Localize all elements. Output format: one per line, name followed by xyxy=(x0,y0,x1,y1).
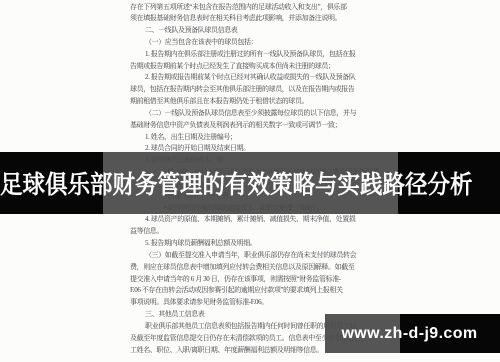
document-line: （一）应当包含在该表中的球员包括： xyxy=(0,37,500,49)
document-line: 二、一线队及预备队球员信息表 xyxy=(0,25,500,37)
scanned-document-page: 存在下列第五项所述“未包含在报告范围内的足球活动收入和支出”，俱乐部须在填报基础… xyxy=(0,0,500,362)
document-line: （三）如截至提交准入申请当年，职业俱乐部仍存在尚未支付的球员转会 xyxy=(0,250,500,262)
document-line: 2. 报告期或报告期前某个时点已经对其确认收益或损失的一线队及预备队 xyxy=(0,72,500,84)
document-line: 告期或报告期前某个时点已经发生了直接购买成本但尚未注册的球员； xyxy=(0,61,500,73)
document-line: 4. 球员资产的原值、本期摊销、累计摊销、减值损失、期末净值、处置损 xyxy=(0,214,500,226)
document-line: 1. 姓名、出生日期及注册编号； xyxy=(0,132,500,144)
document-line: 提交准入申请当年的 6 月 30 日，仍存在该事项，则需按照“财务监管标准- xyxy=(0,274,500,286)
document-line: F.06 不存在由转会活动或因参赛引起的逾期应付款项”的要求填列上报相关 xyxy=(0,285,500,297)
watermark-text: www.zh-d-j9.com xyxy=(325,314,500,353)
document-line: 基础财务信息中资产负债表及利润表列示的相关数字一致或可调节一致； xyxy=(0,120,500,132)
document-line: 益等信息。 xyxy=(0,226,500,238)
document-line: 事项说明。具体要求请参见财务监管标准-F.06。 xyxy=(0,297,500,309)
document-line: 球员，包括在报告期内转会至其他俱乐部注册的球员，以及在报告期内或报告 xyxy=(0,84,500,96)
article-title: 足球俱乐部财务管理的有效策略与实践路径分析 xyxy=(0,152,450,214)
document-line: 须在填报基础财务信息表时在相关科目考虑此项影响，并添加备注说明。 xyxy=(0,13,500,25)
document-line: 存在下列第五项所述“未包含在报告范围内的足球活动收入和支出”，俱乐部 xyxy=(0,2,500,14)
watermark-box: www.zh-d-j9.com xyxy=(325,314,500,353)
document-line: （二）一线队及预备队球员信息表至少须披露每位球员的以下信息，并与 xyxy=(0,108,500,120)
title-overlay-band: 足球俱乐部财务管理的有效策略与实践路径分析 xyxy=(0,152,500,214)
document-line: 期前租借至其他俱乐部且在本报告期仍处于租借状态的球员。 xyxy=(0,96,500,108)
document-line: 费，则应在球员信息表中增加填列应付转会费相关信息以及原因解释。如截至 xyxy=(0,262,500,274)
document-line: 1. 报告期内在俱乐部注册或注册过的所有一线队及预备队球员，包括在报 xyxy=(0,49,500,61)
document-line: 5. 报告期内球员薪酬福利总额及明细。 xyxy=(0,238,500,250)
